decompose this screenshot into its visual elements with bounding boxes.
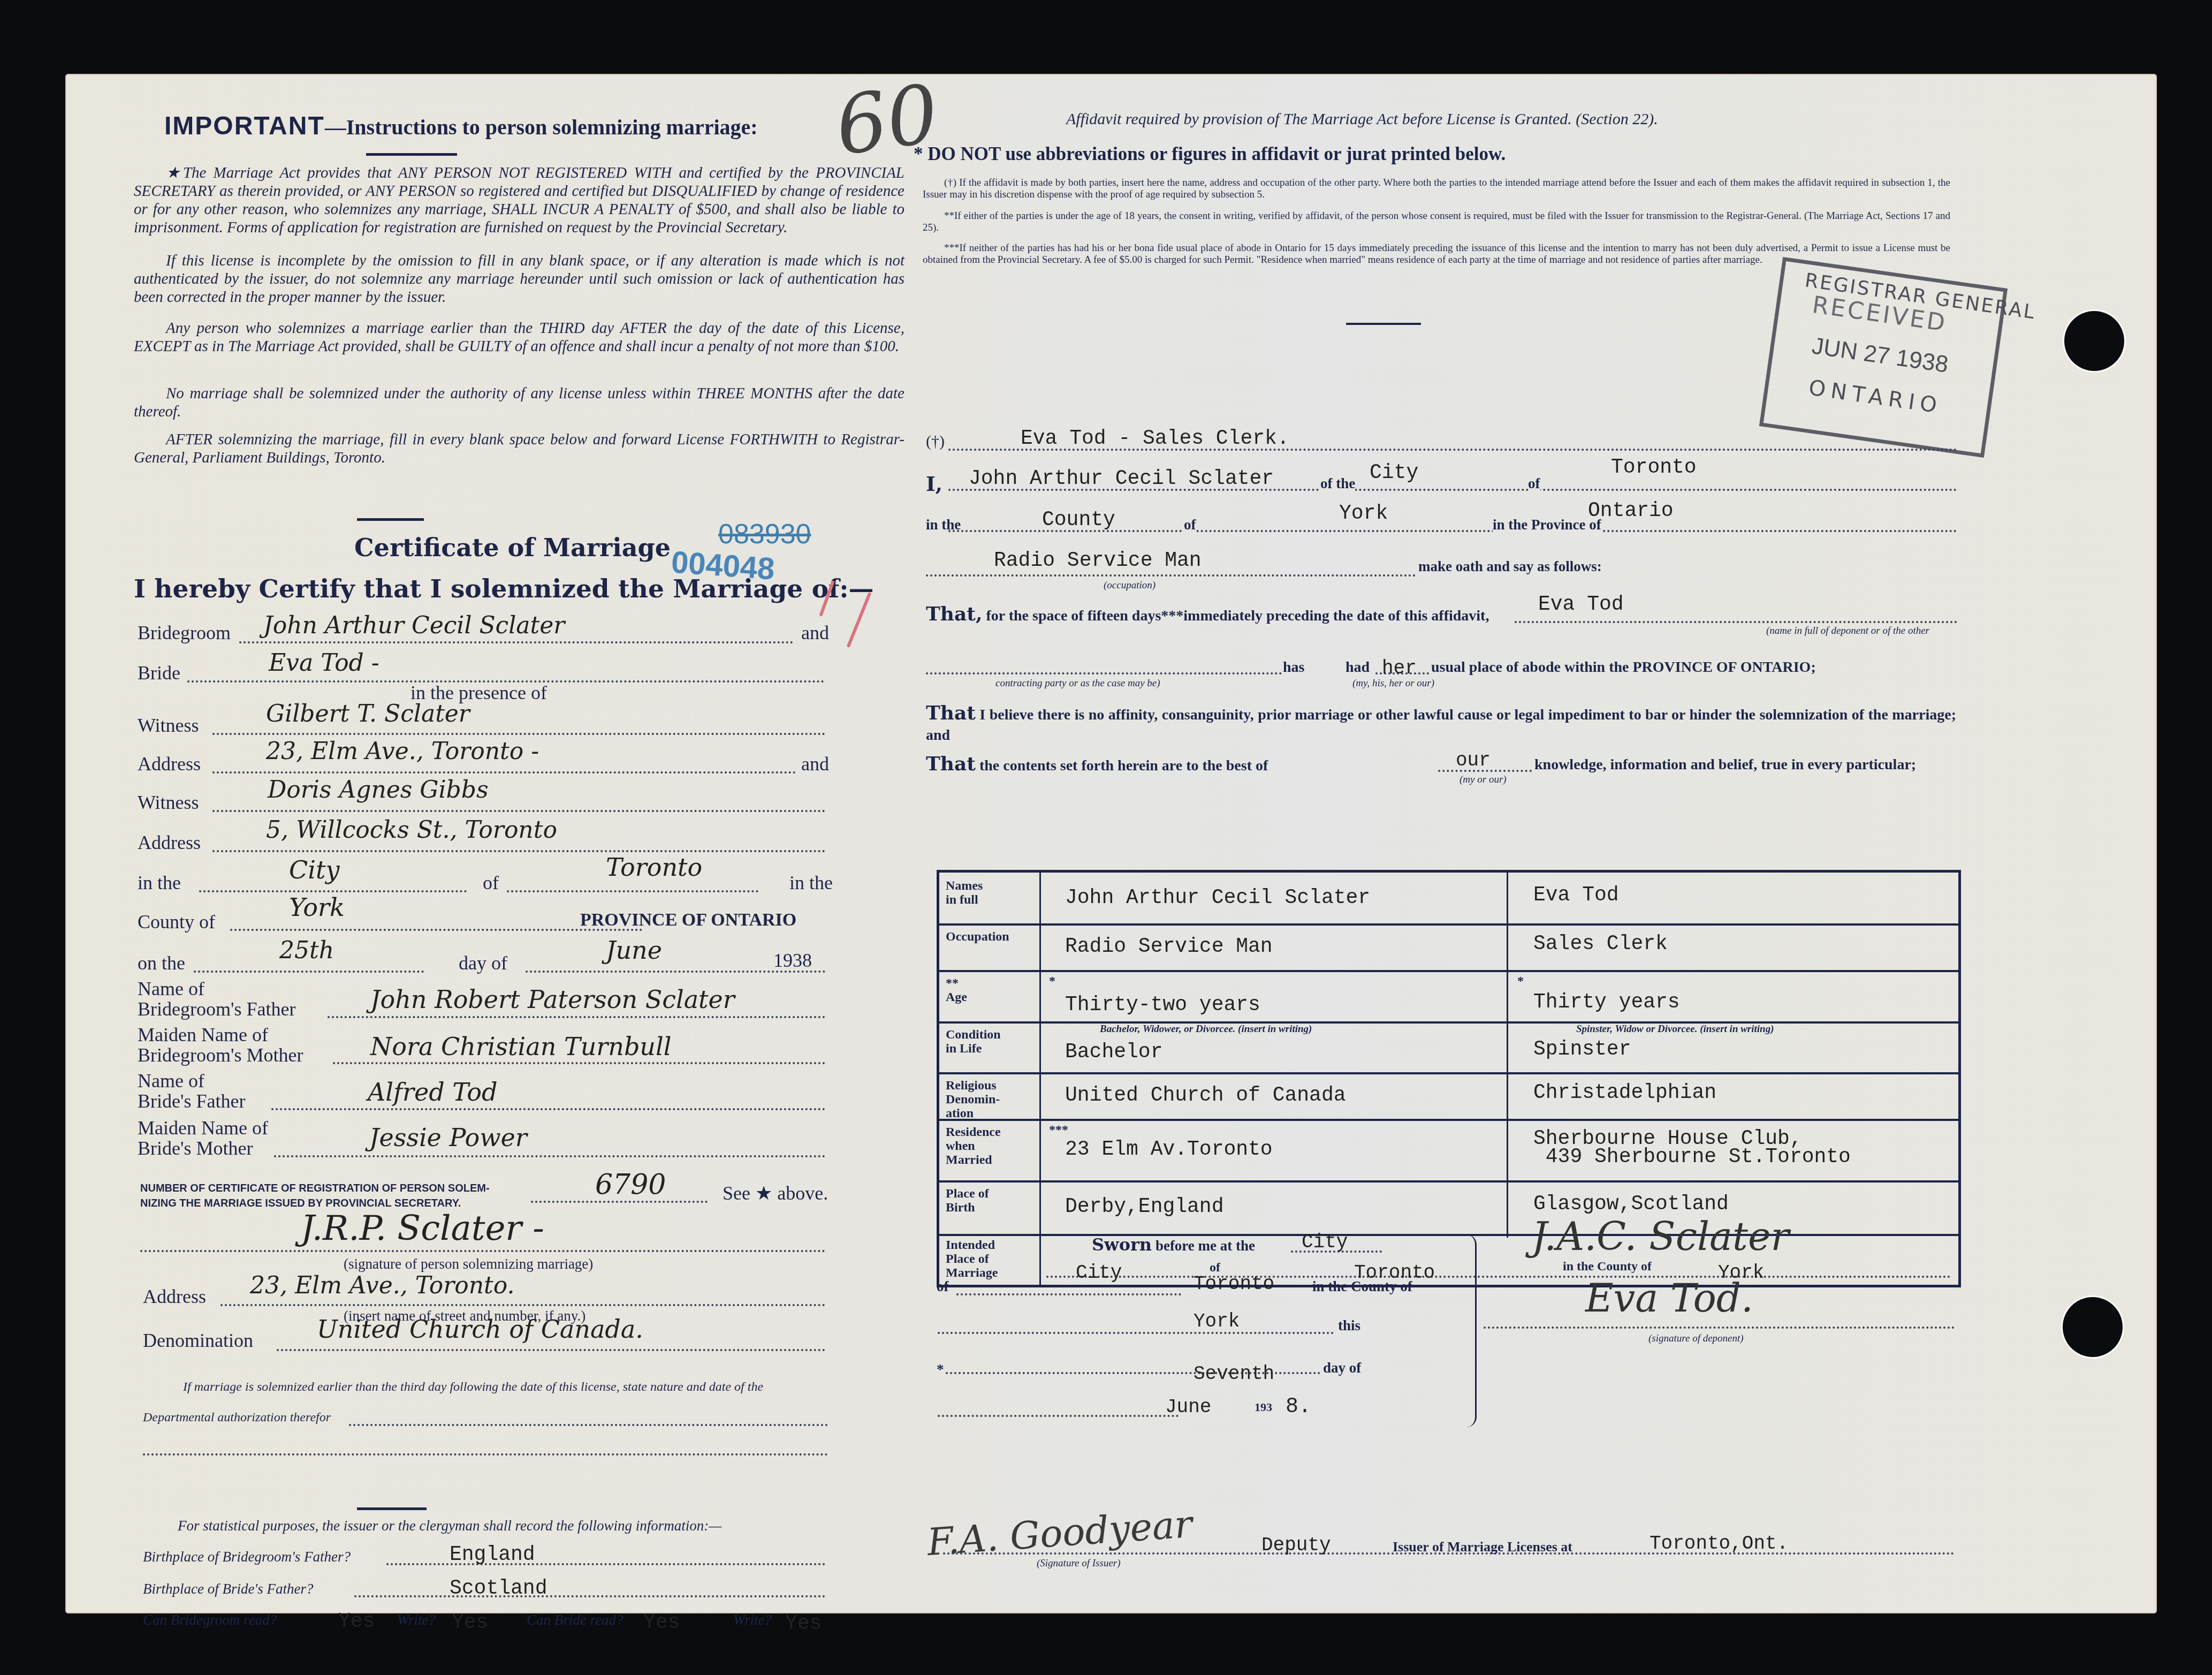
punch-hole-top <box>2064 311 2124 371</box>
sworn-lead: Sworn <box>1092 1234 1152 1255</box>
punch-hole-bottom <box>2063 1297 2123 1357</box>
table-row-label: Intended Place of Marriage <box>946 1238 998 1280</box>
intended-county-label: in the County of <box>1563 1260 1652 1274</box>
deponent-municipality: Toronto <box>1611 456 1697 479</box>
groom-father-name: John Robert Paterson Sclater <box>370 985 735 1014</box>
groom-father-birthplace-label: Birthplace of Bridegroom's Father? <box>143 1549 351 1565</box>
registration-number-label: NUMBER OF CERTIFICATE OF REGISTRATION OF… <box>140 1181 490 1211</box>
groom-mother-label-line2: Bridegroom's Mother <box>138 1045 303 1065</box>
registration-number: 6790 <box>595 1169 666 1201</box>
that-text: I believe there is no affinity, consangu… <box>926 707 1956 744</box>
bride-mother-label: Maiden Name of Bride's Mother <box>138 1118 268 1158</box>
groom-write-label: Write? <box>397 1612 436 1628</box>
witness1-name: Gilbert T. Sclater <box>266 700 470 727</box>
day-of-label: day of <box>459 952 507 974</box>
contracting-caption: contracting party or as the case may be) <box>995 678 1160 689</box>
has-label: has <box>1283 659 1304 676</box>
instruction-paragraph: ★The Marriage Act provides that ANY PERS… <box>134 164 904 237</box>
that-lead: That <box>926 702 976 724</box>
marriage-day: 25th <box>279 937 334 964</box>
and-label: and <box>801 622 829 644</box>
witness1-label: Witness <box>138 714 199 737</box>
reg-label-line1: NUMBER OF CERTIFICATE OF REGISTRATION OF… <box>140 1181 490 1196</box>
bride-read-label: Can Bride read? <box>527 1612 623 1628</box>
bride-mother-label-line1: Maiden Name of <box>138 1118 268 1138</box>
county-label: County of <box>138 911 215 933</box>
parties-details-table: Names in fullJohn Arthur Cecil SclaterEv… <box>937 870 1961 1287</box>
groom-mother-name: Nora Christian Turnbull <box>370 1032 671 1061</box>
county-name: York <box>289 893 345 922</box>
marriage-month: June <box>606 936 662 965</box>
i-label: I, <box>926 472 942 496</box>
instructions-heading-rest: —Instructions to person solemnizing marr… <box>325 115 758 139</box>
in-the-label: in the <box>789 871 833 894</box>
deponent-occupation: Radio Service Man <box>994 549 1202 572</box>
province-label: PROVINCE OF ONTARIO <box>580 910 796 930</box>
stamp-date: JUN 27 1938 <box>1810 332 1950 378</box>
bride-footnote-mark: * <box>1517 974 1524 989</box>
divider <box>357 1507 427 1510</box>
that-text: the contents set forth herein are to the… <box>979 757 1268 774</box>
jurat-year-prefix: 193 <box>1255 1400 1272 1414</box>
issuer-label: Issuer of Marriage Licenses at <box>1393 1539 1572 1555</box>
that-lead: That <box>926 753 976 775</box>
groom-footnote-mark: * <box>1049 974 1055 989</box>
officiant-signature: J.R.P. Sclater - <box>301 1209 544 1248</box>
officiant-address: 23, Elm Ave., Toronto. <box>250 1272 514 1299</box>
that-text: for the space of fifteen days***immediat… <box>986 608 1489 624</box>
jurat-day: Seventh <box>1194 1363 1274 1385</box>
groom-read-value: Yes <box>338 1610 375 1633</box>
serial-number-struck: 083930 <box>718 518 811 550</box>
bride-father-label-line1: Name of <box>138 1071 245 1091</box>
my-or-our-caption: (my or our) <box>1460 774 1507 786</box>
deponent-county-type: County <box>1042 509 1115 532</box>
in-province-label: in the Province of <box>1493 517 1601 533</box>
dept-authorization-label: Departmental authorization therefor <box>143 1411 331 1425</box>
affidavit-header: Affidavit required by provision of The M… <box>1066 110 1658 128</box>
jurat-of-label: of <box>937 1278 949 1295</box>
intended-place-type: City <box>1076 1262 1122 1284</box>
divider <box>1346 323 1421 325</box>
jurat-brace <box>1466 1234 1477 1427</box>
groom-father-label-line2: Bridegroom's Father <box>138 999 295 1019</box>
had-label: had <box>1346 659 1370 676</box>
and-label: and <box>801 753 829 775</box>
groom-father-birthplace: England <box>450 1543 535 1566</box>
other-party: Eva Tod - Sales Clerk. <box>1021 427 1289 450</box>
bride-father-label: Name of Bride's Father <box>138 1071 245 1111</box>
jurat-sworn: Sworn before me at the <box>1092 1234 1255 1255</box>
denomination-label: Denomination <box>143 1329 253 1352</box>
table-row-label: Names in full <box>946 879 983 907</box>
license-page: 60 IMPORTANT—Instructions to person sole… <box>65 74 2157 1613</box>
bride-value: Sherbourne House Club, 439 Sherbourne St… <box>1533 1130 1851 1166</box>
bride-father-birthplace-label: Birthplace of Bride's Father? <box>143 1581 313 1597</box>
bride-label: Bride <box>138 662 180 684</box>
jurat-year-suffix: 8. <box>1286 1395 1311 1419</box>
certificate-title: Certificate of Marriage <box>354 533 671 562</box>
deponent-signature-bride: Eva Tod. <box>1585 1276 1753 1321</box>
bride-value: Sales Clerk <box>1533 935 1668 953</box>
bride-condition-hint: Spinster, Widow or Divorcee. (insert in … <box>1576 1024 1774 1035</box>
instruction-paragraph: If this license is incomplete by the omi… <box>134 252 904 306</box>
statistics-intro: For statistical purposes, the issuer or … <box>178 1518 721 1534</box>
of-the-label: of the <box>1320 475 1355 492</box>
registrar-received-stamp: REGISTRAR GENERAL RECEIVED JUN 27 1938 O… <box>1759 257 2008 458</box>
groom-value: Bachelor <box>1065 1041 1162 1064</box>
important-label: IMPORTANT <box>164 112 325 140</box>
of-label: of <box>1184 517 1196 533</box>
on-the-label: on the <box>138 952 185 974</box>
issuer-place: Toronto,Ont. <box>1650 1533 1788 1555</box>
bride-value: Thirty years <box>1533 994 1680 1012</box>
issuer-signature: F.A. Goodyear <box>926 1502 1194 1564</box>
knowledge-text: knowledge, information and belief, true … <box>1534 756 1916 774</box>
jurat-place: Toronto <box>1194 1273 1274 1295</box>
see-above-note: See ★ above. <box>723 1182 828 1204</box>
that-clause-1: That, for the space of fifteen days***im… <box>926 603 1489 625</box>
table-row-label: Occupation <box>946 930 1009 944</box>
jurat-month: June <box>1165 1396 1211 1418</box>
address1-label: Address <box>138 753 201 775</box>
officiant-signature-caption: (signature of person solemnizing marriag… <box>344 1256 593 1272</box>
deponent-signature-groom: J.A.C. Sclater <box>1532 1214 1789 1259</box>
other-party-mark: (†) <box>926 433 945 451</box>
witness2-name: Doris Agnes Gibbs <box>268 776 488 804</box>
jurat-place-type: City <box>1302 1231 1348 1253</box>
that-clause-2: That I believe there is no affinity, con… <box>926 703 1956 746</box>
bride-father-birthplace: Scotland <box>450 1577 547 1600</box>
bridegroom-name: John Arthur Cecil Sclater <box>263 612 565 639</box>
bride-write-label: Write? <box>733 1612 772 1628</box>
groom-value: Derby,England <box>1065 1195 1223 1218</box>
address2-label: Address <box>138 831 201 854</box>
witness1-address: 23, Elm Ave., Toronto - <box>266 738 539 765</box>
deponent-name: John Arthur Cecil Sclater <box>969 467 1274 490</box>
instruction-paragraph: AFTER solemnizing the marriage, fill in … <box>134 430 904 467</box>
jurat-county-label: in the County of <box>1312 1278 1412 1295</box>
table-row-label: Residence when Married <box>946 1125 1001 1167</box>
bride-mother-label-line2: Bride's Mother <box>138 1138 268 1158</box>
jurat-county: York <box>1194 1310 1240 1332</box>
groom-mother-label: Maiden Name of Bridegroom's Mother <box>138 1025 303 1065</box>
groom-mother-label-line1: Maiden Name of <box>138 1025 303 1045</box>
divider <box>366 153 457 156</box>
bride-mother-name: Jessie Power <box>369 1123 527 1152</box>
bride-value: Christadelphian <box>1533 1084 1716 1102</box>
bride-name: Eva Tod - <box>269 649 379 677</box>
knowledge-pronoun: our <box>1456 749 1491 771</box>
denomination-value: United Church of Canada. <box>317 1315 643 1344</box>
deponent-signature-caption: (signature of deponent) <box>1648 1333 1744 1345</box>
jurat-star: * <box>937 1361 944 1378</box>
certify-line: I hereby Certify that I solemnized the M… <box>134 574 874 604</box>
municipality-type: City <box>289 855 339 884</box>
marriage-year: 1938 <box>773 949 812 972</box>
affidavit-note: **If either of the parties is under the … <box>923 210 1950 234</box>
early-solemnization-note: If marriage is solemnized earlier than t… <box>183 1380 763 1394</box>
that-clause-3: That the contents set forth herein are t… <box>926 753 1268 775</box>
groom-read-label: Can Bridegroom read? <box>143 1612 277 1628</box>
municipality-name: Toronto <box>606 853 702 882</box>
groom-write-value: Yes <box>452 1611 488 1634</box>
pronoun-caption: (my, his, her or our) <box>1352 678 1434 689</box>
abode-pronoun: her <box>1382 657 1417 679</box>
abode-text: usual place of abode within the PROVINCE… <box>1431 659 1816 676</box>
jurat-day-of-label: day of <box>1323 1360 1361 1376</box>
groom-value: Radio Service Man <box>1065 935 1273 958</box>
divider <box>357 518 424 521</box>
deponent-municipality-type: City <box>1370 461 1418 484</box>
of-label: of <box>1528 475 1540 492</box>
instructions-heading: IMPORTANT—Instructions to person solemni… <box>164 111 758 141</box>
jurat-this-label: this <box>1338 1317 1360 1334</box>
bride-father-name: Alfred Tod <box>368 1078 498 1106</box>
bride-father-label-line2: Bride's Father <box>138 1091 245 1111</box>
groom-value: United Church of Canada <box>1065 1084 1346 1107</box>
groom-father-label-line1: Name of <box>138 979 295 999</box>
oath-label: make oath and say as follows: <box>1418 558 1602 575</box>
table-row-label: ** Age <box>946 976 967 1004</box>
witness2-label: Witness <box>138 791 199 814</box>
deponent-province: Ontario <box>1588 499 1674 522</box>
table-row-label: Condition in Life <box>946 1028 1001 1056</box>
instruction-paragraph: No marriage shall be solemnized under th… <box>134 384 904 421</box>
groom-value: Thirty-two years <box>1065 994 1260 1017</box>
occupation-caption: (occupation) <box>1104 580 1156 592</box>
issuer-title: Deputy <box>1261 1534 1331 1556</box>
that-lead: That, <box>926 603 982 625</box>
sworn-before: before me at the <box>1156 1238 1255 1254</box>
issuer-signature-caption: (Signature of Issuer) <box>1037 1558 1121 1570</box>
affidavit-note: (†) If the affidavit is made by both par… <box>923 177 1950 201</box>
bride-value: Glasgow,Scotland <box>1533 1195 1729 1214</box>
officiant-address-label: Address <box>143 1285 206 1308</box>
bride-read-value: Yes <box>643 1611 680 1634</box>
in-the-label: in the <box>138 871 181 894</box>
stamp-place: ONTARIO <box>1807 375 1944 419</box>
groom-value: John Arthur Cecil Sclater <box>1065 886 1370 909</box>
bride-value: Eva Tod <box>1533 886 1619 905</box>
groom-father-label: Name of Bridegroom's Father <box>138 979 295 1019</box>
instruction-paragraph: Any person who solemnizes a marriage ear… <box>134 319 904 355</box>
deponent-county: York <box>1339 502 1388 525</box>
of-label: of <box>483 871 499 894</box>
table-row-label: Religious Denomin- ation <box>946 1079 1000 1120</box>
name-caption: (name in full of deponent or of the othe… <box>1766 625 1929 637</box>
abode-party-name: Eva Tod <box>1538 593 1624 616</box>
table-row-label: Place of Birth <box>946 1187 989 1215</box>
groom-condition-hint: Bachelor, Widower, or Divorcee. (insert … <box>1100 1024 1312 1035</box>
affidavit-warning: * DO NOT use abbreviations or figures in… <box>914 143 1506 165</box>
bridegroom-label: Bridegroom <box>138 622 231 644</box>
groom-value: 23 Elm Av.Toronto <box>1065 1138 1273 1161</box>
witness2-address: 5, Willcocks St., Toronto <box>266 816 557 844</box>
bride-value: Spinster <box>1533 1041 1631 1059</box>
groom-footnote-mark: *** <box>1049 1123 1068 1138</box>
bride-write-value: Yes <box>785 1612 822 1635</box>
